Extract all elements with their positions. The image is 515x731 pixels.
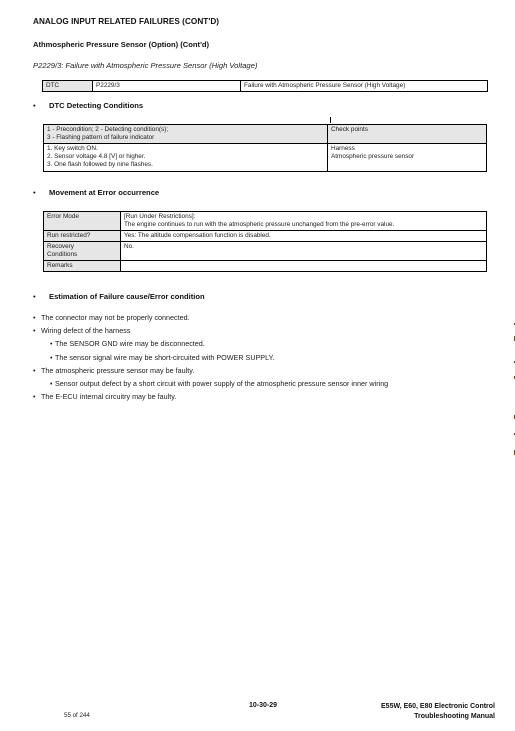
bullet-icon: • — [33, 101, 36, 110]
divider-tick — [330, 117, 331, 123]
row-value-line: The engine continues to run with the atm… — [124, 221, 483, 229]
list-item: •The SENSOR GND wire may be disconnected… — [33, 339, 388, 352]
check-points-header: Check points — [328, 125, 487, 144]
row-key: Remarks — [44, 261, 121, 272]
row-key-line: Conditions — [47, 251, 117, 259]
page-code: 10-30-29 — [249, 702, 277, 709]
table-row: Run restricted? Yes: The altitude compen… — [44, 231, 487, 242]
list-item-text: The sensor signal wire may be short-circ… — [55, 353, 274, 362]
list-item-text: The atmospheric pressure sensor may be f… — [41, 366, 194, 375]
row-value: [Run Under Restrictions]: The engine con… — [121, 212, 487, 231]
failure-cause-list: •The connector may not be properly conne… — [33, 313, 388, 405]
dtc-table: DTC P2229/3 Failure with Atmospheric Pre… — [42, 80, 488, 92]
row-key: Recovery Conditions — [44, 242, 121, 261]
bullet-icon: • — [33, 188, 36, 197]
row-value: Yes: The altitude compensation function … — [121, 231, 487, 242]
row-key: Error Mode — [44, 212, 121, 231]
list-item: •The atmospheric pressure sensor may be … — [33, 366, 388, 379]
bullet-icon: • — [33, 392, 41, 401]
conditions-table: 1 - Precondition; 2 - Detecting conditio… — [43, 124, 487, 172]
condition-item: 2. Sensor voltage 4.8 [V] or higher. — [47, 153, 324, 161]
table-row: Recovery Conditions No. — [44, 242, 487, 261]
section-heading-estimation: • Estimation of Failure cause/Error cond… — [49, 292, 205, 301]
list-item: •The connector may not be properly conne… — [33, 313, 388, 326]
dtc-code: P2229/3 — [93, 81, 241, 92]
table-row: Error Mode [Run Under Restrictions]: The… — [44, 212, 487, 231]
condition-item: 3. One flash followed by nine flashes. — [47, 161, 324, 169]
check-point-item: Harness — [331, 145, 483, 153]
section-heading-dtc-conditions: • DTC Detecting Conditions — [49, 101, 143, 110]
check-points-cell: Harness Atmospheric pressure sensor — [328, 144, 487, 172]
list-item: •Wiring defect of the harness — [33, 326, 388, 339]
bullet-icon: • — [33, 292, 36, 301]
manual-title-line: Troubleshooting Manual — [381, 712, 495, 722]
conditions-header: 1 - Precondition; 2 - Detecting conditio… — [44, 125, 328, 144]
list-item-text: Wiring defect of the harness — [41, 326, 131, 335]
list-item: •The sensor signal wire may be short-cir… — [33, 353, 388, 366]
dtc-label: DTC — [43, 81, 93, 92]
list-item-text: The connector may not be properly connec… — [41, 313, 190, 322]
list-item: •Sensor output defect by a short circuit… — [33, 379, 388, 392]
conditions-header-line: 3 - Flashing pattern of failure indicato… — [47, 134, 324, 142]
list-item-text: The SENSOR GND wire may be disconnected. — [55, 339, 205, 348]
check-point-item: Atmospheric pressure sensor — [331, 153, 483, 161]
conditions-header-line: 1 - Precondition; 2 - Detecting conditio… — [47, 126, 324, 134]
bullet-icon: • — [33, 366, 41, 375]
list-item: •The E-ECU internal circuitry may be fau… — [33, 392, 388, 405]
row-key: Run restricted? — [44, 231, 121, 242]
row-value: No. — [121, 242, 487, 261]
page-indicator: 55 of 244 — [64, 712, 90, 719]
bullet-icon: • — [33, 326, 41, 335]
section-heading-text: Estimation of Failure cause/Error condit… — [49, 292, 205, 301]
table-row: Remarks — [44, 261, 487, 272]
movement-table: Error Mode [Run Under Restrictions]: The… — [43, 211, 487, 272]
subsection-title: Athmospheric Pressure Sensor (Option) (C… — [33, 40, 209, 49]
conditions-cell: 1. Key switch ON. 2. Sensor voltage 4.8 … — [44, 144, 328, 172]
row-value — [121, 261, 487, 272]
manual-title: E55W, E60, E80 Electronic Control Troubl… — [381, 702, 495, 722]
row-value-line: [Run Under Restrictions]: — [124, 213, 483, 221]
bullet-icon: • — [33, 313, 41, 322]
section-title: ANALOG INPUT RELATED FAILURES (CONT'D) — [33, 17, 219, 26]
fault-title: P2229/3: Failure with Atmospheric Pressu… — [33, 61, 257, 70]
section-heading-text: Movement at Error occurrence — [49, 188, 159, 197]
manual-title-line: E55W, E60, E80 Electronic Control — [381, 702, 495, 712]
dtc-description: Failure with Atmospheric Pressure Sensor… — [241, 81, 488, 92]
list-item-text: The E-ECU internal circuitry may be faul… — [41, 392, 176, 401]
condition-item: 1. Key switch ON. — [47, 145, 324, 153]
section-heading-text: DTC Detecting Conditions — [49, 101, 143, 110]
row-key-line: Recovery — [47, 243, 117, 251]
list-item-text: Sensor output defect by a short circuit … — [55, 379, 388, 388]
section-heading-movement: • Movement at Error occurrence — [49, 188, 159, 197]
